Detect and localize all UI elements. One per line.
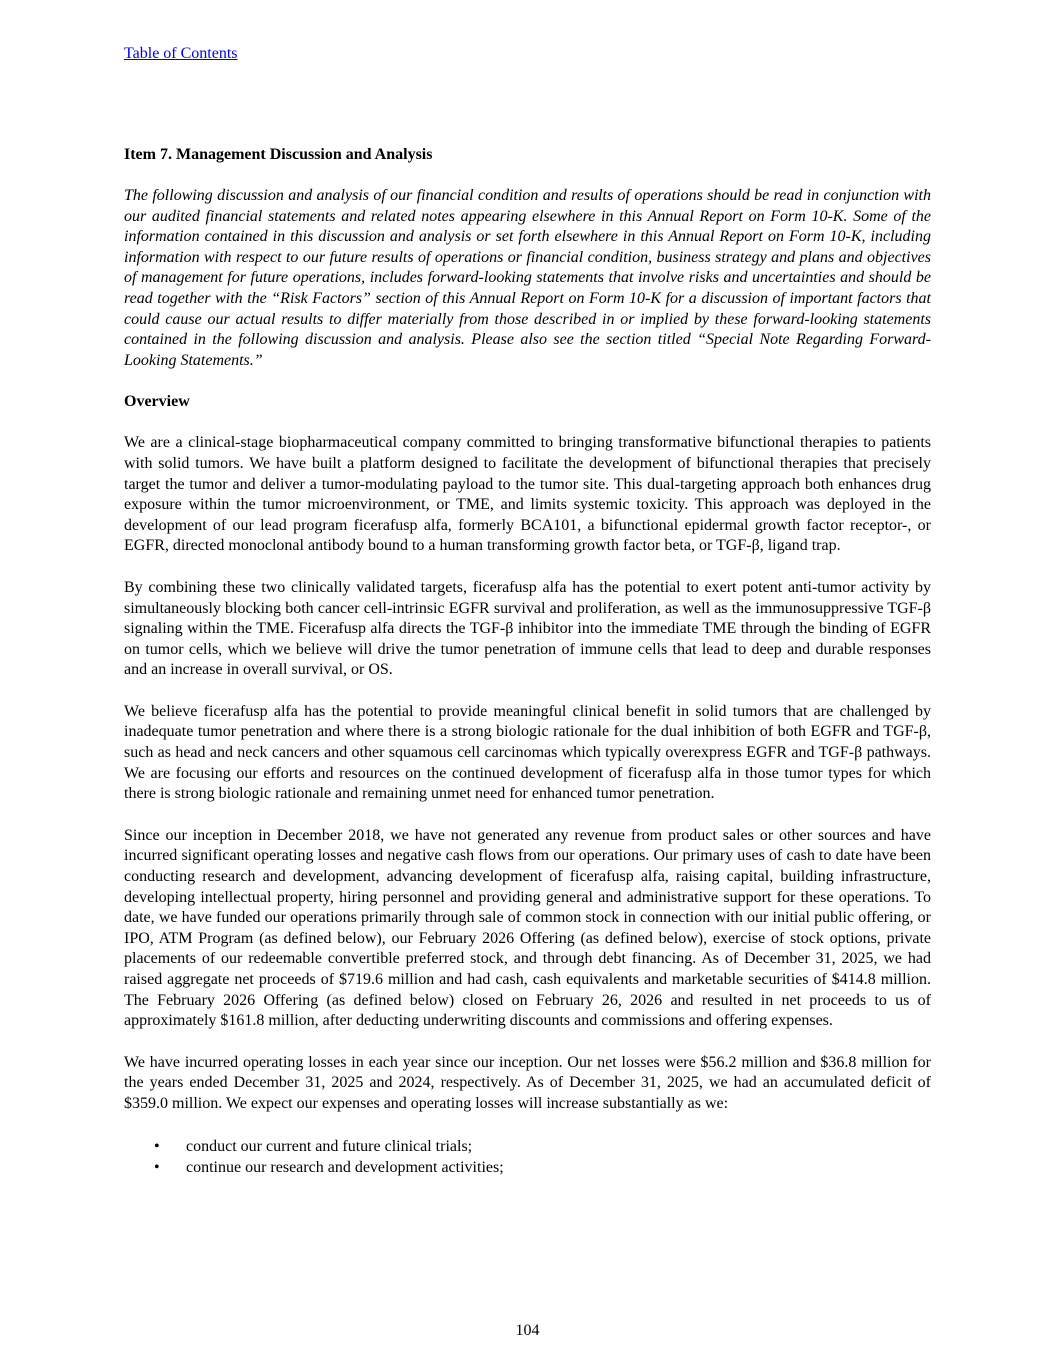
section-title: Item 7. Management Discussion and Analys… [124,145,931,165]
document-body: Item 7. Management Discussion and Analys… [124,145,931,1178]
overview-heading: Overview [124,392,931,412]
bullet-icon: • [154,1157,160,1178]
overview-paragraph-clinical-benefit: We believe ficerafusp alfa has the poten… [124,702,931,805]
overview-paragraph-mechanism: By combining these two clinically valida… [124,578,931,681]
overview-paragraph-losses: We have incurred operating losses in eac… [124,1053,931,1115]
table-of-contents-link[interactable]: Table of Contents [124,45,238,63]
page-number: 104 [0,1322,1055,1340]
forward-looking-disclaimer: The following discussion and analysis of… [124,186,931,371]
overview-paragraph-funding: Since our inception in December 2018, we… [124,826,931,1032]
expense-drivers-list: • conduct our current and future clinica… [124,1136,931,1178]
list-item-text: continue our research and development ac… [186,1159,504,1176]
list-item: • conduct our current and future clinica… [124,1136,931,1157]
list-item-text: conduct our current and future clinical … [186,1138,472,1155]
list-item: • continue our research and development … [124,1157,931,1178]
bullet-icon: • [154,1136,160,1157]
overview-paragraph-company: We are a clinical-stage biopharmaceutica… [124,433,931,557]
